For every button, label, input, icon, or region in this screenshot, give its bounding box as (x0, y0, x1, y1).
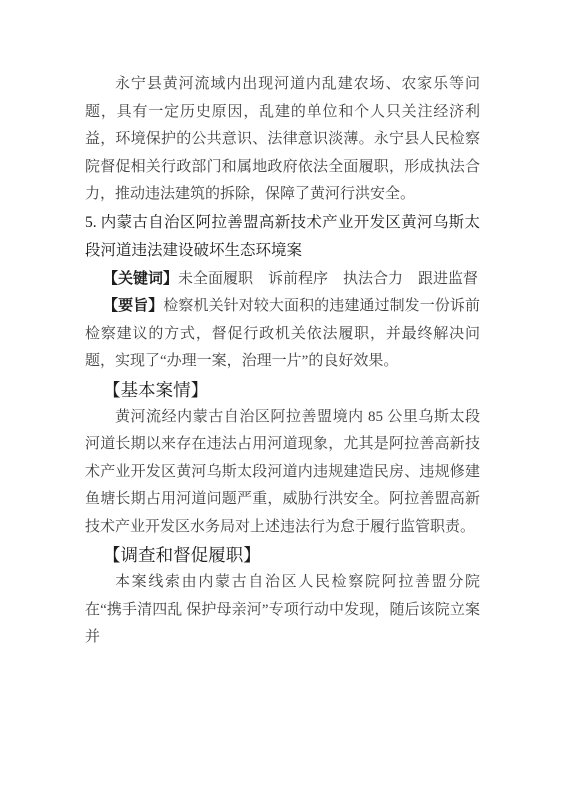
keywords-label: 【关键词】 (103, 271, 178, 287)
basic-facts-paragraph: 黄河流经内蒙古自治区阿拉善盟境内 85 公里乌斯太段河道长期以来存在违法占用河道… (85, 404, 480, 542)
keywords-text: 未全面履职 诉前程序 执法合力 跟进监督 (178, 271, 478, 287)
document-page: 永宁县黄河流域内出现河道内乱建农场、农家乐等问题，具有一定历史原因，乱建的单位和… (0, 0, 565, 800)
section-heading-investigation: 【调查和督促履职】 (85, 541, 480, 569)
investigation-paragraph: 本案线索由内蒙古自治区人民检察院阿拉善盟分院在“携手清四乱 保护母亲河”专项行动… (85, 569, 480, 652)
section-heading-basic-facts: 【基本案情】 (85, 376, 480, 404)
case-title: 5. 内蒙古自治区阿拉善盟高新技术产业开发区黄河乌斯太段河道违法建设破坏生态环境… (85, 209, 480, 266)
continuation-paragraph: 永宁县黄河流域内出现河道内乱建农场、农家乐等问题，具有一定历史原因，乱建的单位和… (85, 71, 480, 209)
summary-label: 【要旨】 (103, 298, 163, 314)
keywords-line: 【关键词】未全面履职 诉前程序 执法合力 跟进监督 (85, 266, 480, 294)
summary-paragraph: 【要旨】检察机关针对较大面积的违建通过制发一份诉前检察建议的方式，督促行政机关依… (85, 293, 480, 376)
